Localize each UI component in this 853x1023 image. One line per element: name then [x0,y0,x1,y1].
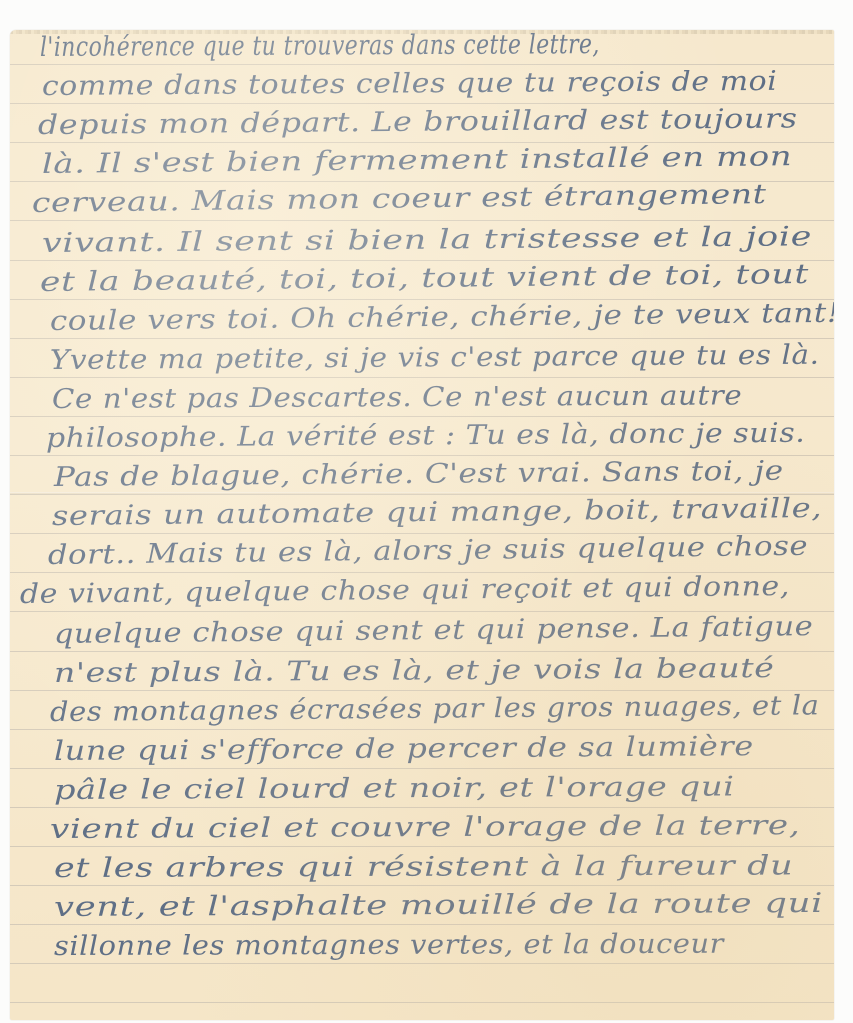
handwritten-line: Ce n'est pas Descartes. Ce n'est aucun a… [52,382,742,413]
ruled-line [10,338,834,339]
handwritten-line: lune qui s'efforce de percer de sa lumiè… [54,733,754,765]
ruled-line [10,846,834,847]
handwritten-line: dort.. Mais tu es là, alors je suis quel… [48,533,809,569]
handwritten-line: de vivant, quelque chose qui reçoit et q… [20,573,790,608]
ruled-line [10,729,834,730]
handwritten-line: pâle le ciel lourd et noir, et l'orage q… [54,773,735,804]
handwritten-line: serais un automate qui mange, boit, trav… [52,495,822,530]
ruled-line [10,768,834,769]
handwritten-line: là. Il s'est bien fermement installé en … [42,143,793,178]
ruled-line [10,64,834,65]
handwritten-line: comme dans toutes celles que tu reçois d… [42,68,778,100]
lined-letter-paper: l'incohérence que tu trouveras dans cett… [10,30,834,1020]
ruled-line [10,807,834,808]
ruled-line [10,924,834,925]
handwritten-line: et la beauté, toi, toi, tout vient de to… [40,261,809,296]
handwritten-line: Yvette ma petite, si je vis c'est parce … [50,342,820,374]
handwritten-line: vivant. Il sent si bien la tristesse et … [42,223,812,257]
ruled-line [10,416,834,417]
handwritten-line: n'est plus là. Tu es là, et je vois la b… [54,655,775,687]
scanned-page: l'incohérence que tu trouveras dans cett… [0,0,853,1023]
handwritten-line: cerveau. Mais mon coeur est étrangement [32,181,767,217]
ruled-line [10,377,834,378]
handwritten-line: Pas de blague, chérie. C'est vrai. Sans … [54,458,784,491]
handwritten-line: et les arbres qui résistent à la fureur … [54,852,794,882]
ruled-line [10,885,834,886]
ruled-line [10,220,834,221]
ruled-line [10,963,834,964]
handwritten-line: des montagnes écrasées par les gros nuag… [50,692,820,726]
handwritten-line: l'incohérence que tu trouveras dans cett… [40,31,600,61]
ruled-line [10,651,834,652]
handwritten-line: depuis mon départ. Le brouillard est tou… [38,105,798,139]
handwritten-line: philosophe. La vérité est : Tu es là, do… [46,420,806,452]
handwritten-line: quelque chose qui sent et qui pense. La … [54,613,814,648]
handwritten-line: sillonne les montagnes vertes, et la dou… [54,931,724,960]
handwritten-line: vent, et l'asphalte mouillé de la route … [54,890,823,921]
ruled-line [10,1002,834,1003]
handwritten-line: coule vers toi. Oh chérie, chérie, je te… [50,300,834,335]
handwritten-line: vient du ciel et couvre l'orage de la te… [50,812,801,843]
